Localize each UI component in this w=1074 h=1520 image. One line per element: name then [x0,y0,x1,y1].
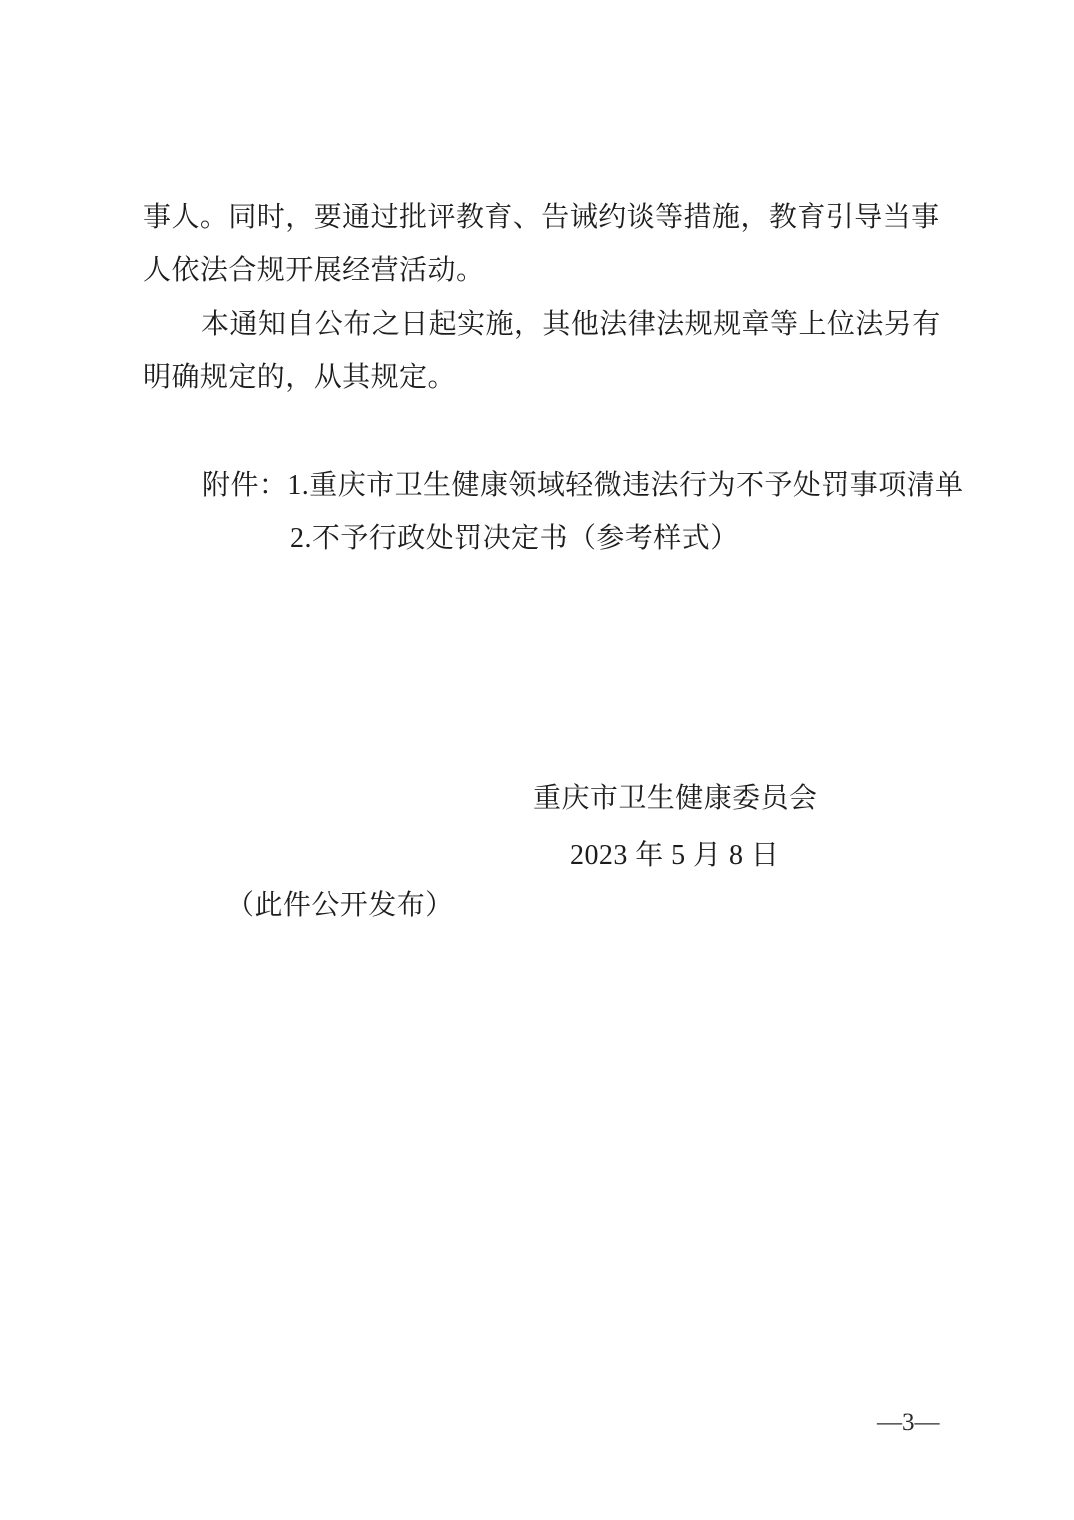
body-paragraph1-line1: 事人。同时，要通过批评教育、告诫约谈等措施，教育引导当事 [143,201,940,235]
signature-date: 2023 年 5 月 8 日 [570,839,779,873]
body-paragraph2-line2: 明确规定的，从其规定。 [143,361,456,395]
page-number: —3— [877,1408,940,1438]
attachment-label: 附件： [202,470,287,501]
attachment-item-2: 2.不予行政处罚决定书（参考样式） [290,522,739,556]
document-page: 事人。同时，要通过批评教育、告诫约谈等措施，教育引导当事 人依法合规开展经营活动… [0,0,1074,1520]
attachment-line-1: 附件：1.重庆市卫生健康领域轻微违法行为不予处罚事项清单 [202,469,964,503]
body-paragraph2-line1: 本通知自公布之日起实施，其他法律法规规章等上位法另有 [201,308,941,342]
body-paragraph1-line2: 人依法合规开展经营活动。 [143,254,484,288]
signature-issuer: 重庆市卫生健康委员会 [533,782,818,816]
attachment-item-1: 1.重庆市卫生健康领域轻微违法行为不予处罚事项清单 [287,470,963,501]
public-release-note: （此件公开发布） [226,889,454,923]
